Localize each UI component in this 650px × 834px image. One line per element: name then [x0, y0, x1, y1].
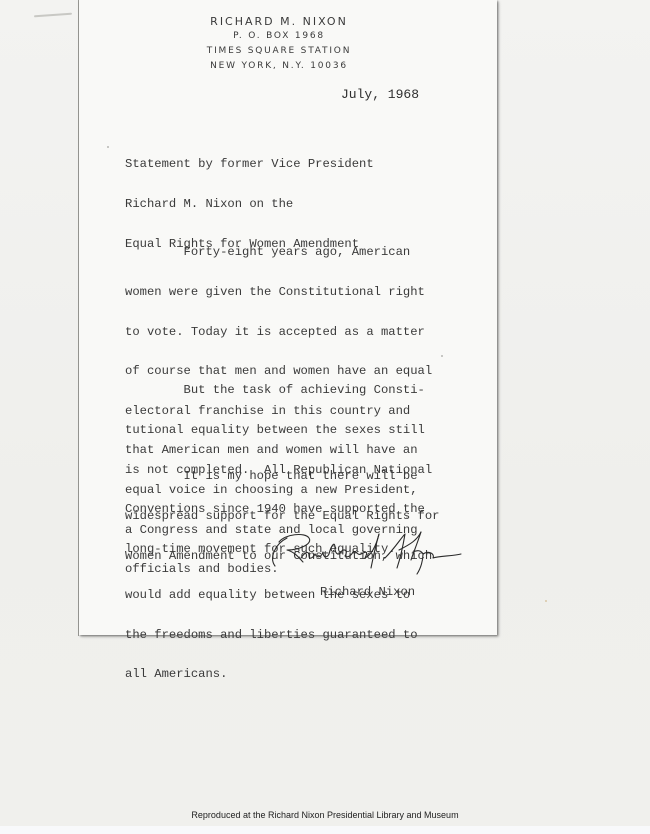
paragraph-line: It is my hope that there will be — [125, 470, 440, 483]
letterhead-address-line: P. O. BOX 1968 — [79, 29, 479, 44]
scan-speck — [406, 516, 408, 518]
paragraph-3: It is my hope that there will be widespr… — [125, 444, 440, 708]
paragraph-line: tutional equality between the sexes stil… — [125, 424, 432, 437]
letter-page: RICHARD M. NIXON P. O. BOX 1968 TIMES SQ… — [79, 0, 497, 635]
scan-speck — [441, 355, 443, 357]
scan-speck — [545, 600, 547, 602]
paragraph-line: to vote. Today it is accepted as a matte… — [125, 326, 432, 339]
letterhead-address-line: TIMES SQUARE STATION — [79, 44, 479, 59]
letterhead-name: RICHARD M. NIXON — [79, 14, 479, 29]
letterhead-address-line: NEW YORK, N.Y. 10036 — [79, 59, 479, 74]
scan-speck — [107, 146, 109, 148]
archive-footer: Reproduced at the Richard Nixon Presiden… — [0, 810, 650, 820]
paragraph-line: all Americans. — [125, 668, 440, 681]
paragraph-line: But the task of achieving Consti- — [125, 384, 432, 397]
paragraph-line: the freedoms and liberties guaranteed to — [125, 629, 440, 642]
scan-bottom-strip — [0, 826, 650, 834]
title-line: Richard M. Nixon on the — [125, 198, 374, 211]
handwritten-signature — [265, 528, 465, 576]
letterhead: RICHARD M. NIXON P. O. BOX 1968 TIMES SQ… — [79, 14, 479, 74]
paragraph-line: widespread support for the Equal Rights … — [125, 510, 440, 523]
paragraph-line: women were given the Constitutional righ… — [125, 286, 432, 299]
typed-signature-name: Richard Nixon — [320, 585, 415, 599]
letter-date: July, 1968 — [341, 87, 419, 102]
paragraph-line: Forty-eight years ago, American — [125, 246, 432, 259]
title-line: Statement by former Vice President — [125, 158, 374, 171]
